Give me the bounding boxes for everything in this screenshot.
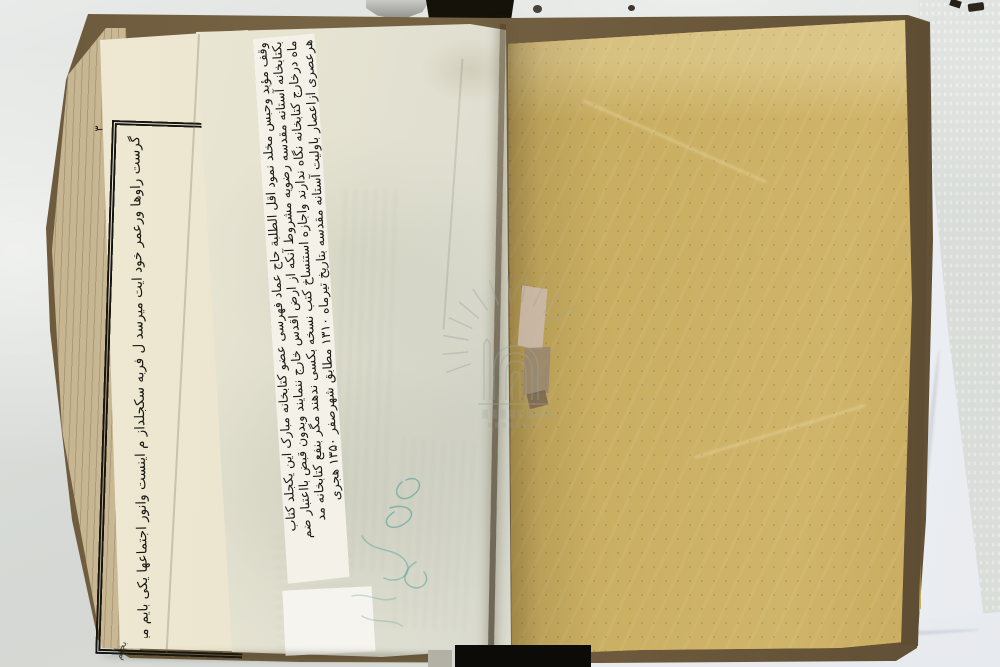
library-emblem-watermark-icon (430, 248, 580, 433)
book-shadow (100, 652, 460, 660)
teal-ink-scribble (332, 468, 462, 643)
photo-background: گرست راوها ورعمر خود ایت میرسد ل فربه سک… (0, 0, 1000, 667)
hinge-knob (533, 5, 542, 13)
page-number: ۳ (92, 126, 105, 132)
small-dark-mark (628, 5, 635, 11)
cradle-black-bar-bottom (452, 645, 591, 667)
